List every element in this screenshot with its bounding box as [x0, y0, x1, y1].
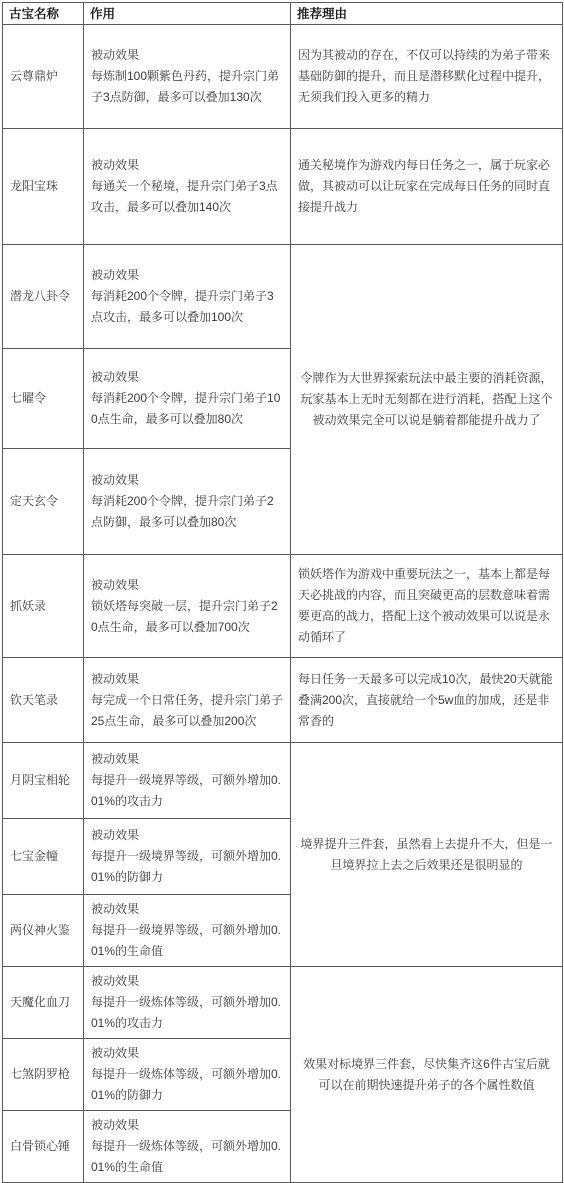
- effect-desc-text: 每提升一级境界等级，可额外增加0.01%的攻击力: [91, 770, 283, 812]
- effect-type-label: 被动效果: [91, 155, 283, 176]
- page: 古宝名称 作用 推荐理由 云尊鼎炉 被动效果 每炼制100颗紫色丹药，提升宗门弟…: [0, 0, 564, 1162]
- effect-type-label: 被动效果: [91, 575, 283, 596]
- effect-cell: 被动效果 每消耗200个令牌，提升宗门弟子3点攻击，最多可以叠加100次: [84, 245, 291, 349]
- effect-desc-text: 每炼制100颗紫色丹药，提升宗门弟子3点防御，最多可以叠加130次: [91, 66, 283, 108]
- effect-cell: 被动效果 每提升一级境界等级，可额外增加0.01%的防御力: [84, 819, 291, 895]
- treasure-name: 龙阳宝珠: [3, 129, 84, 245]
- effect-cell: 被动效果 每消耗200个令牌，提升宗门弟子2点防御，最多可以叠加80次: [84, 449, 291, 555]
- effect-desc-text: 每提升一级炼体等级，可额外增加0.01%的攻击力: [91, 992, 283, 1034]
- table-row: 天魔化血刀 被动效果 每提升一级炼体等级，可额外增加0.01%的攻击力 效果对标…: [3, 967, 563, 1039]
- treasure-name: 潜龙八卦令: [3, 245, 84, 349]
- treasure-name: 定天玄令: [3, 449, 84, 555]
- treasure-name: 白骨锁心锤: [3, 1111, 84, 1183]
- effect-cell: 被动效果 每提升一级境界等级，可额外增加0.01%的生命值: [84, 895, 291, 967]
- effect-cell: 被动效果 每提升一级炼体等级，可额外增加0.01%的防御力: [84, 1039, 291, 1111]
- effect-cell: 被动效果 每提升一级炼体等级，可额外增加0.01%的攻击力: [84, 967, 291, 1039]
- effect-desc-text: 每提升一级境界等级，可额外增加0.01%的生命值: [91, 920, 283, 962]
- effect-cell: 被动效果 每炼制100颗紫色丹药，提升宗门弟子3点防御，最多可以叠加130次: [84, 25, 291, 129]
- column-header-effect: 作用: [84, 3, 291, 25]
- effect-cell: 被动效果 每通关一个秘境，提升宗门弟子3点攻击，最多可以叠加140次: [84, 129, 291, 245]
- table-row: 云尊鼎炉 被动效果 每炼制100颗紫色丹药，提升宗门弟子3点防御，最多可以叠加1…: [3, 25, 563, 129]
- effect-desc-text: 每提升一级炼体等级，可额外增加0.01%的防御力: [91, 1064, 283, 1106]
- treasure-name: 七宝金幢: [3, 819, 84, 895]
- effect-type-label: 被动效果: [91, 749, 283, 770]
- column-header-reason: 推荐理由: [291, 3, 563, 25]
- effect-desc-text: 每消耗200个令牌，提升宗门弟子2点防御，最多可以叠加80次: [91, 491, 283, 533]
- reason-cell: 每日任务一天最多可以完成10次，最快20天就能叠满200次，直接就给一个5w血的…: [291, 658, 563, 743]
- effect-type-label: 被动效果: [91, 45, 283, 66]
- effect-cell: 被动效果 每消耗200个令牌，提升宗门弟子100点生命，最多可以叠加80次: [84, 349, 291, 449]
- effect-desc-text: 每消耗200个令牌，提升宗门弟子100点生命，最多可以叠加80次: [91, 388, 283, 430]
- reason-cell: 因为其被动的存在，不仅可以持续的为弟子带来基础防御的提升，而且是潜移默化过程中提…: [291, 25, 563, 129]
- effect-type-label: 被动效果: [91, 1043, 283, 1064]
- effect-type-label: 被动效果: [91, 899, 283, 920]
- effect-type-label: 被动效果: [91, 971, 283, 992]
- effect-cell: 被动效果 每完成一个日常任务，提升宗门弟子25点生命，最多可以叠加200次: [84, 658, 291, 743]
- effect-type-label: 被动效果: [91, 265, 283, 286]
- header-row: 古宝名称 作用 推荐理由: [3, 3, 563, 25]
- effect-cell: 被动效果 锁妖塔每突破一层，提升宗门弟子20点生命，最多可以叠加700次: [84, 555, 291, 658]
- table-row: 月阴宝相轮 被动效果 每提升一级境界等级，可额外增加0.01%的攻击力 境界提升…: [3, 743, 563, 819]
- treasure-name: 两仪神火鉴: [3, 895, 84, 967]
- table-row: 龙阳宝珠 被动效果 每通关一个秘境，提升宗门弟子3点攻击，最多可以叠加140次 …: [3, 129, 563, 245]
- effect-cell: 被动效果 每提升一级炼体等级，可额外增加0.01%的生命值: [84, 1111, 291, 1183]
- reason-cell-merged: 令牌作为大世界探索玩法中最主要的消耗资源，玩家基本上无时无刻都在进行消耗，搭配上…: [291, 245, 563, 555]
- effect-type-label: 被动效果: [91, 470, 283, 491]
- effect-type-label: 被动效果: [91, 669, 283, 690]
- effect-type-label: 被动效果: [91, 825, 283, 846]
- treasure-name: 七曜令: [3, 349, 84, 449]
- column-header-treasure-name: 古宝名称: [3, 3, 84, 25]
- treasure-table: 古宝名称 作用 推荐理由 云尊鼎炉 被动效果 每炼制100颗紫色丹药，提升宗门弟…: [2, 2, 563, 1183]
- treasure-name: 月阴宝相轮: [3, 743, 84, 819]
- effect-desc-text: 每消耗200个令牌，提升宗门弟子3点攻击，最多可以叠加100次: [91, 286, 283, 328]
- treasure-name: 钦天笔录: [3, 658, 84, 743]
- effect-desc-text: 每提升一级境界等级，可额外增加0.01%的防御力: [91, 846, 283, 888]
- effect-desc-text: 每完成一个日常任务，提升宗门弟子25点生命，最多可以叠加200次: [91, 690, 283, 732]
- reason-cell: 锁妖塔作为游戏中重要玩法之一，基本上都是每天必挑战的内容，而且突破更高的层数意味…: [291, 555, 563, 658]
- reason-cell: 通关秘境作为游戏内每日任务之一，属于玩家必做，其被动可以让玩家在完成每日任务的同…: [291, 129, 563, 245]
- table-row: 抓妖录 被动效果 锁妖塔每突破一层，提升宗门弟子20点生命，最多可以叠加700次…: [3, 555, 563, 658]
- treasure-name: 云尊鼎炉: [3, 25, 84, 129]
- effect-type-label: 被动效果: [91, 1115, 283, 1136]
- effect-desc-text: 每提升一级炼体等级，可额外增加0.01%的生命值: [91, 1136, 283, 1178]
- treasure-name: 七煞阴罗枪: [3, 1039, 84, 1111]
- reason-cell-merged: 境界提升三件套，虽然看上去提升不大，但是一旦境界拉上去之后效果还是很明显的: [291, 743, 563, 967]
- treasure-name: 抓妖录: [3, 555, 84, 658]
- effect-desc-text: 锁妖塔每突破一层，提升宗门弟子20点生命，最多可以叠加700次: [91, 596, 283, 638]
- effect-type-label: 被动效果: [91, 367, 283, 388]
- table-row: 潜龙八卦令 被动效果 每消耗200个令牌，提升宗门弟子3点攻击，最多可以叠加10…: [3, 245, 563, 349]
- table-row: 钦天笔录 被动效果 每完成一个日常任务，提升宗门弟子25点生命，最多可以叠加20…: [3, 658, 563, 743]
- effect-desc-text: 每通关一个秘境，提升宗门弟子3点攻击，最多可以叠加140次: [91, 176, 283, 218]
- reason-cell-merged: 效果对标境界三件套，尽快集齐这6件古宝后就可以在前期快速提升弟子的各个属性数值: [291, 967, 563, 1183]
- effect-cell: 被动效果 每提升一级境界等级，可额外增加0.01%的攻击力: [84, 743, 291, 819]
- treasure-name: 天魔化血刀: [3, 967, 84, 1039]
